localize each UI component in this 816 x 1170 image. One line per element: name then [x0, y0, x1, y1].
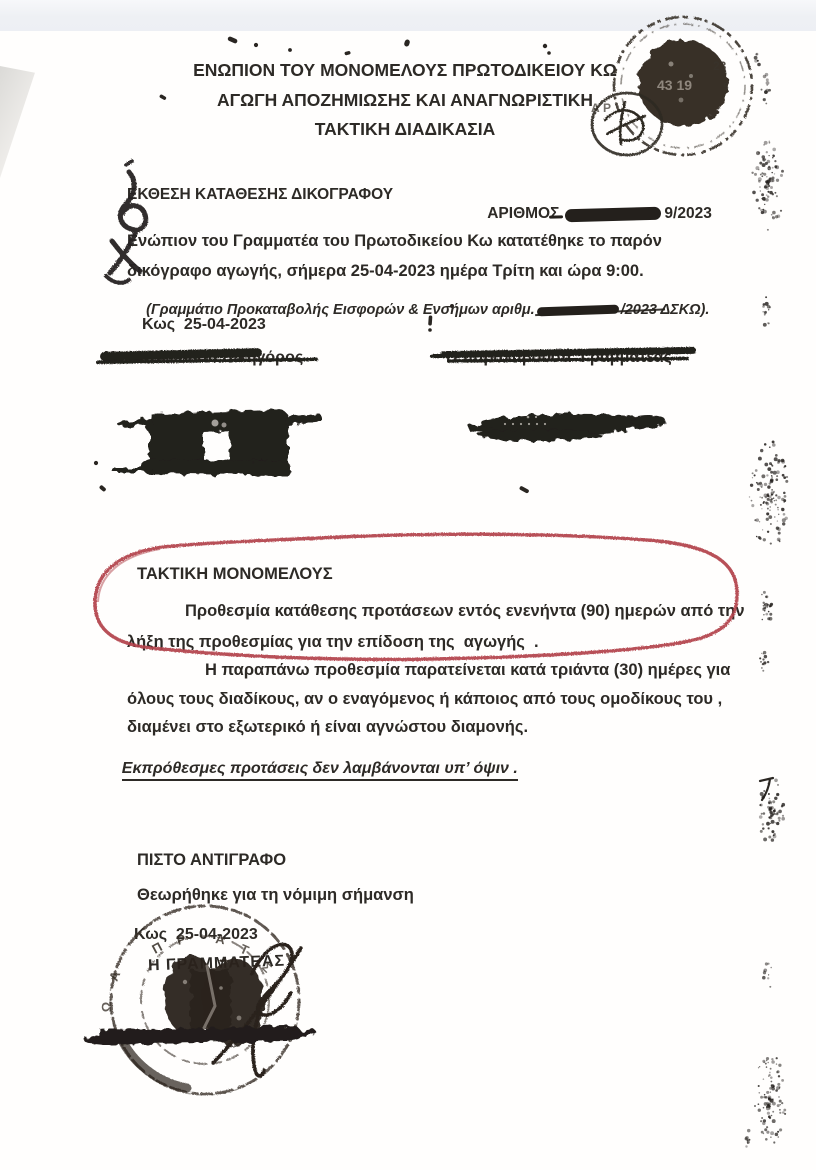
redaction-blob-left: [112, 410, 322, 477]
document-title-line3: ΤΑΚΤΙΚΗ ΔΙΑΔΙΚΑΣΙΑ: [95, 118, 715, 141]
certification-subtitle: Θεωρήθηκε για τη νόμιμη σήμανση: [137, 885, 414, 907]
stamp-arc-letter: Ι: [109, 1037, 124, 1046]
document-title-line2: ΑΓΩΓΗ ΑΠΟΖΗΜΙΩΣΗΣ ΚΑΙ ΑΝΑΓΝΩΡΙΣΤΙΚΗ: [95, 89, 715, 112]
stamp-arc-letter: Ω: [99, 1001, 114, 1012]
filing-place-date: Κως 25-04-2023: [142, 314, 266, 335]
deadline-text: Προθεσμία κατάθεσης προτάσεων εντός ενεν…: [127, 596, 755, 658]
redacted-case-number: [565, 207, 661, 223]
document-title-line1: ΕΝΩΠΙΟΝ ΤΟΥ ΜΟΝΟΜΕΛΟΥΣ ΠΡΩΤΟΔΙΚΕΙΟΥ ΚΩ: [95, 59, 715, 82]
deadline-heading: ΤΑΚΤΙΚΗ ΜΟΝΟΜΕΛΟΥΣ: [137, 564, 333, 586]
stamp-right-digits: 23: [713, 59, 727, 73]
left-signatory-label: Η κατατεθούσα Δικηγόρος: [104, 347, 303, 368]
filing-report-label: ΕΚΘΕΣΗ ΚΑΤΑΘΕΣΗΣ ΔΙΚΟΓΡΑΦΟΥ: [127, 185, 393, 205]
registrar-stamp-bottom-icon: Π Ρ Α Τ Σ Α Ω Ι: [83, 878, 327, 1122]
right-signatory-label: Η παραλαβούσα Γραμματέας: [446, 347, 672, 368]
blob-texture-dots: [504, 416, 546, 425]
stamp-small-digit: 5: [723, 82, 729, 93]
registrar-signatory-label: Η ΓΡΑΜΜΑΤΕΑΣ: [148, 951, 286, 977]
case-number-label: ΑΡΙΘΜΟΣ: [487, 205, 559, 222]
certification-place-date: Κως 25-04-2023: [134, 924, 258, 945]
case-number-visible: 9/2023: [664, 205, 711, 222]
filing-body-paragraph: Ενώπιον του Γραμματέα του Πρωτοδικείου Κ…: [127, 226, 745, 286]
redaction-blob-right: [468, 412, 666, 441]
redaction-bar-bottom: [84, 1026, 317, 1045]
scanned-court-document: ΕΝΩΠΙΟΝ ΤΟΥ ΜΟΝΟΜΕΛΟΥΣ ΠΡΩΤΟΔΙΚΕΙΟΥ ΚΩ Α…: [0, 0, 816, 1170]
stamp-arc-letter: Α: [106, 968, 124, 983]
redacted-fee-number: [537, 304, 619, 316]
certification-title: ΠΙΣΤΟ ΑΝΤΙΓΡΑΦΟ: [137, 850, 286, 872]
page-curl-shadow: [0, 66, 38, 178]
late-submissions-warning: Εκπρόθεσμες προτάσεις δεν λαμβάνονται υπ…: [104, 737, 518, 800]
scan-graphics-overlay: 43 19 23 5 Α Ρ: [0, 0, 816, 1170]
deadline-extension-paragraph: Η παραπάνω προθεσμία παρατείνεται κατά τ…: [127, 656, 779, 742]
scan-top-band: [0, 0, 816, 31]
warning-text: Εκπρόθεσμες προτάσεις δεν λαμβάνονται υπ…: [122, 760, 518, 781]
